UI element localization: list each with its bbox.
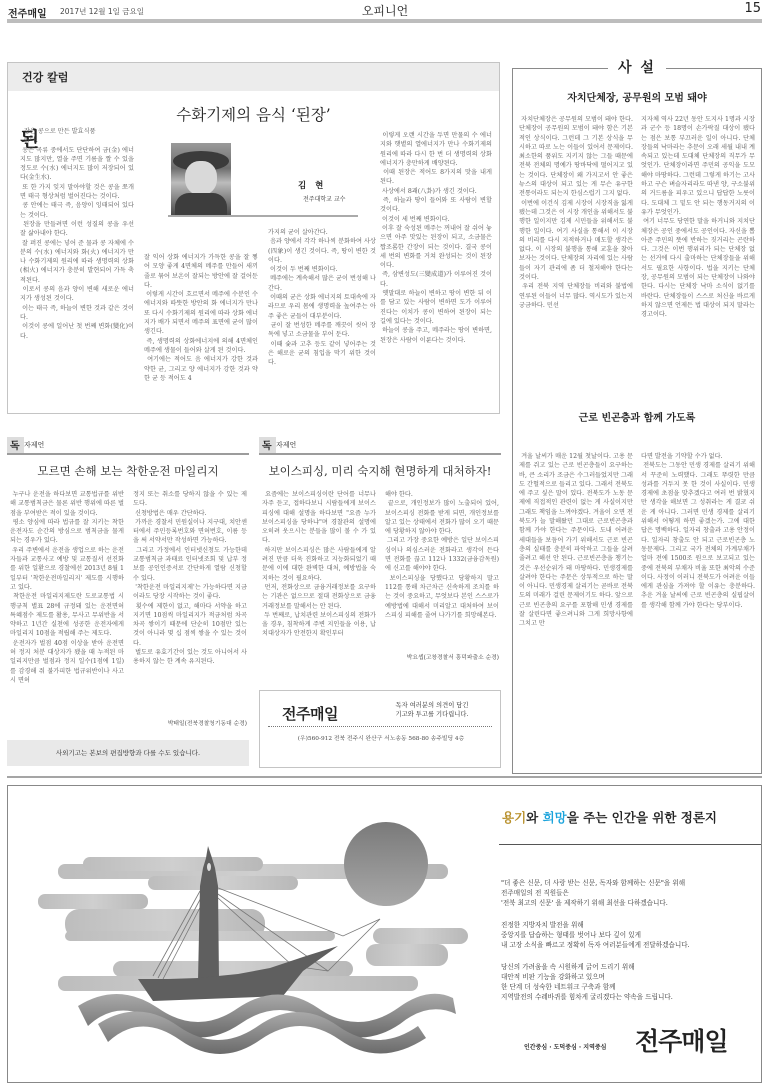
slogan-and: 와: [526, 810, 542, 825]
disclaimer-notice: 사외기고는 본보의 편집방향과 다를 수도 있습니다.: [7, 740, 249, 766]
editorial-title: 자치단체장, 공무원의 모범 돼야: [513, 89, 761, 104]
contribution-logo: 전주매일: [282, 703, 338, 724]
newspaper-advertisement: 용기와 희망을 주는 인간을 위한 정론지 "더 좋은 신문, 더 사랑 받는 …: [7, 785, 762, 1083]
health-column-kicker: 건강 칼럼: [22, 69, 68, 85]
reader-tag-rest: 자제언: [24, 440, 44, 450]
reader-left-byline: 박태일(전북경찰청기동대 순경): [133, 718, 247, 727]
author-photo: [171, 143, 231, 215]
contribution-address: (우)560-912 전북 전주시 완산구 서노송동 568-80 송주빌딩 4…: [260, 733, 502, 742]
editorial2-text-2: 다면 발전을 기약할 수가 없다. 전북도는 그동안 민생 경제를 살리기 위해…: [641, 452, 755, 770]
reader-right-text-2: 해야 한다. 끝으로, 개인정보가 많이 노출되어 있어, 보이스피싱 전화를 …: [385, 490, 499, 650]
health-column-title: 수화기제의 음식 ‘된장’: [8, 103, 499, 125]
ad-logo: 전주매일: [635, 1022, 728, 1058]
reader-contribution-right: 독 자제언 보이스피싱, 미리 숙지해 현명하게 대처하자!: [259, 435, 501, 479]
ad-paragraph-2: 진정한 지방자치 발전을 위해 중앙지를 답습하는 형태를 벗어나 보다 깊이 …: [501, 920, 690, 950]
health-column-text-3: 가지의 균이 살아간다. 음과 양에서 각각 하나씩 분화하여 사상(四象)이 …: [268, 228, 376, 408]
editorial2-text-1: 겨울 날씨가 매운 12월 첫날이다. 고용 문제를 쥐고 있는 근로 빈곤층들…: [519, 452, 633, 770]
reader-left-text-1: 누구나 운전을 하다보면 교통법규를 위반 해 교통범칙금은 물론 위반 행위에…: [10, 490, 124, 734]
author-name: 김 현: [298, 179, 326, 191]
pen-ship-illustration-icon: [8, 786, 478, 1083]
reader-right-byline: 박요셉(고창경찰서 흥덕파출소 순경): [385, 652, 499, 661]
ad-top-rule: [7, 776, 762, 778]
editorial-box: 사 설 자치단체장, 공무원의 모범 돼야 자치단체장은 공무원의 모범이 돼야…: [512, 68, 762, 774]
reader-tag-first: 독: [262, 437, 272, 452]
slogan-rest: 을 주는 인간을 위한 정론지: [567, 810, 717, 825]
reader-title: 보이스피싱, 미리 숙지해 현명하게 대처하자!: [259, 463, 501, 479]
health-column-text-2: 잘 익어 상화 에너지가 가득한 콩을 잘 찧어 모양 좋게 4면체의 메주를 …: [144, 253, 258, 403]
reader-left-text-2: 정지 또는 취소를 당하지 않을 수 있는 제도다. 신청방법은 매우 간단하다…: [133, 490, 247, 720]
health-column-header: 건강 칼럼: [8, 63, 499, 91]
reader-section-header: 독 자제언: [7, 435, 249, 455]
contribution-box: 전주매일 독자 여러분의 의견이 담긴 기고와 투고를 기다립니다. (우)56…: [259, 690, 501, 768]
masthead-brand: 전주매일: [8, 5, 47, 20]
masthead-section: 오피니언: [345, 2, 425, 19]
contribution-message-line-2: 기고와 투고를 기다립니다.: [372, 710, 492, 719]
editorial-text-2: 지자체 역사 22년 동안 도지사 1명과 시장과 군수 등 18명이 손가락질…: [641, 115, 755, 397]
contribution-message-line-1: 독자 여러분의 의견이 담긴: [372, 701, 492, 710]
ad-tagline: 인간중심 · 도덕중심 · 지역중심: [524, 1042, 606, 1051]
editorial-text-1: 자치단체장은 공무원의 모범이 돼야 한다. 단체장이 공무원의 모범이 돼야 …: [519, 115, 633, 397]
photo-rule: [168, 215, 358, 217]
face-shape: [185, 161, 217, 195]
slogan-courage: 용기: [502, 810, 526, 825]
reader-contribution-left: 독 자제언 모르면 손해 보는 착한운전 마일리지: [7, 435, 249, 479]
health-column-text-1: 장은 콩으로 만든 발효식품 이다. 콩은 곡류 중에서도 단단하여 금(金) …: [20, 127, 134, 407]
ad-slogan: 용기와 희망을 주는 인간을 위한 정론지: [502, 808, 717, 826]
ad-divider: [499, 844, 762, 845]
editorial-label-wrap: 사 설: [513, 57, 761, 77]
ad-paragraph-1: "더 좋은 신문, 더 사랑 받는 신문, 독자와 함께하는 신문"을 위해 전…: [501, 878, 685, 908]
ad-paragraph-3: 당신의 가려움을 속 시원하게 긁어 드리기 위해 대안적 비판 기능을 강화하…: [501, 962, 673, 1002]
page-number: 15: [744, 1, 761, 16]
contribution-divider: [268, 726, 492, 727]
reader-tag-rest: 자제언: [276, 440, 296, 450]
contribution-message: 독자 여러분의 의견이 담긴 기고와 투고를 기다립니다.: [372, 701, 492, 719]
reader-right-text-1: 요즘에는 보이스피싱이란 단어를 너무나 자주 듣고, 접하다보니 시람들에게 …: [262, 490, 376, 675]
reader-tag-first: 독: [10, 437, 20, 452]
editorial-title-2: 근로 빈곤층과 함께 가도록: [513, 409, 761, 424]
reader-title: 모르면 손해 보는 착한운전 마일리지: [7, 463, 249, 479]
health-column: 건강 칼럼 수화기제의 음식 ‘된장’ 된 김 현 전주대학교 교수 장은 콩으…: [7, 62, 500, 414]
masthead-date: 2017년 12월 1일 금요일: [60, 6, 144, 17]
editorial-label: 사 설: [608, 57, 666, 77]
masthead-rule: [7, 19, 762, 23]
slogan-hope: 희망: [543, 810, 567, 825]
reader-section-header: 독 자제언: [259, 435, 501, 455]
body-shape: [175, 193, 227, 215]
author-affiliation: 전주대학교 교수: [303, 194, 345, 203]
health-column-text-4: 이렇게 오랜 시간을 두면 만물의 수 에너지와 햇볕의 열에너지가 만나 수화…: [380, 131, 492, 411]
